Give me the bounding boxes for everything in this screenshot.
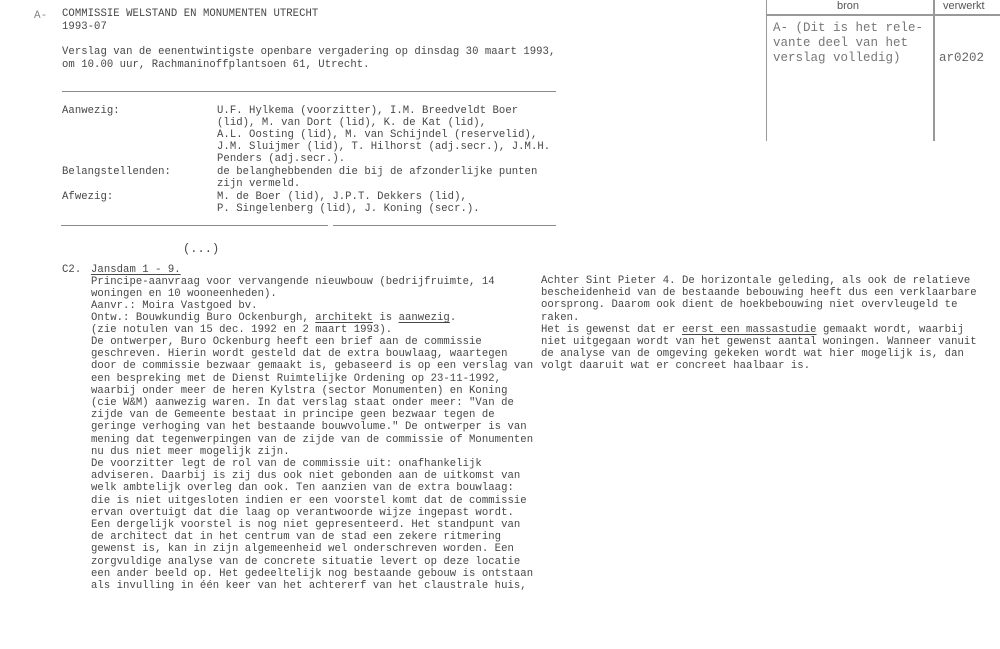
body-line: bescheidenheid van de bestaande bebouwin… (541, 287, 977, 299)
item-reference-notes: (zie notulen van 15 dec. 1992 en 2 maart… (91, 324, 392, 336)
column-header-bron: bron (837, 0, 859, 12)
left-body-column: De ontwerper, Buro Ockenburg heeft een b… (91, 336, 533, 592)
body-line: De ontwerper, Buro Ockenburg heeft een b… (91, 336, 533, 348)
p2-prefix: Het is gewenst dat er (541, 324, 682, 336)
intro-line-2: om 10.00 uur, Rachmaninoffplantsoen 61, … (62, 59, 370, 71)
item-title: Jansdam 1 - 9. (91, 264, 181, 276)
absent-label: Afwezig: (62, 191, 113, 203)
divider-top (62, 91, 556, 92)
divider-bottom-right (333, 225, 556, 226)
stakeholders-line: de belanghebbenden die bij de afzonderli… (217, 166, 537, 178)
designer-mid: is (373, 312, 399, 324)
body-line: die is niet uitgesloten indien er een vo… (91, 495, 533, 507)
stakeholders-label: Belangstellenden: (62, 166, 171, 178)
intro-line-1: Verslag van de eenentwintigste openbare … (62, 46, 555, 58)
divider-bottom-left (61, 225, 328, 226)
body-line-with-emphasis: Het is gewenst dat er eerst een massastu… (541, 324, 977, 336)
body-line: oorsprong. Daarom ook dient de hoekbebou… (541, 299, 977, 311)
body-line: geschreven. Hierin wordt gesteld dat de … (91, 348, 533, 360)
body-line: waarbij onder meer de heren Kylstra (sec… (91, 385, 533, 397)
body-line: een ander beeld op. Het gedeeltelijk nog… (91, 568, 533, 580)
item-number: C2. (62, 264, 81, 276)
item-designer: Ontw.: Bouwkundig Buro Ockenburgh, archi… (91, 312, 456, 324)
body-line: raken. (541, 312, 977, 324)
body-line: zijde van de Gemeente bestaat in princip… (91, 409, 533, 421)
present-line: U.F. Hylkema (voorzitter), I.M. Breedvel… (217, 105, 518, 117)
designer-underlined-present: aanwezig (399, 312, 450, 324)
table-header-divider (767, 14, 1000, 16)
item-subtitle: woningen en 10 wooneenheden). (91, 288, 277, 300)
table-column-divider (933, 0, 935, 141)
body-line: mening dat tegenwerpingen van de zijde v… (91, 434, 533, 446)
p2-suffix: gemaakt wordt, waarbij (817, 324, 964, 336)
body-line: (cie W&M) aanwezig waren. In dat verslag… (91, 397, 533, 409)
stakeholders-line: zijn vermeld. (217, 178, 300, 190)
body-line: zorgvuldige analyse van de concrete situ… (91, 556, 533, 568)
present-line: J.M. Sluijmer (lid), T. Hilhorst (adj.se… (217, 141, 550, 153)
body-line: ervan overtuigt dat die laag op verantwo… (91, 507, 533, 519)
item-applicant: Aanvr.: Moira Vastgoed bv. (91, 300, 258, 312)
body-line: de analyse van de omgeving gekeken wordt… (541, 348, 977, 360)
omission-ellipsis: (...) (183, 243, 219, 255)
organisation-title: COMMISSIE WELSTAND EN MONUMENTEN UTRECHT (62, 8, 318, 20)
column-header-verwerkt: verwerkt (943, 0, 985, 12)
p2-underlined-mass-study: eerst een massastudie (682, 324, 817, 336)
body-line: nu dus niet meer mogelijk zijn. (91, 446, 533, 458)
body-line: als invulling in één keer van het achter… (91, 580, 533, 592)
body-line: welk ambtelijk overleg dan ook. Ten aanz… (91, 482, 533, 494)
verwerkt-value: ar0202 (939, 51, 984, 65)
body-line: adviseren. Daarbij is zij dus ook niet g… (91, 470, 533, 482)
body-line: door de commissie bezwaar gemaakt is, ge… (91, 360, 533, 372)
body-line: geringe verhoging van het bestaande bouw… (91, 421, 533, 433)
report-reference: 1993-07 (62, 21, 107, 33)
body-line: Achter Sint Pieter 4. De horizontale gel… (541, 275, 977, 287)
present-line: (lid), M. van Dort (lid), K. de Kat (lid… (217, 117, 486, 129)
item-subtitle: Principe-aanvraag voor vervangende nieuw… (91, 276, 495, 288)
absent-line: P. Singelenberg (lid), J. Koning (secr.)… (217, 203, 480, 215)
source-table: bron verwerkt A- (Dit is het rele- vante… (766, 0, 1000, 141)
absent-line: M. de Boer (lid), J.P.T. Dekkers (lid), (217, 191, 467, 203)
body-line: de architect dat in het centrum van de s… (91, 531, 533, 543)
body-line: gewenst is, kan in zijn algemeenheid wel… (91, 543, 533, 555)
body-line: Een dergelijk voorstel is nog niet gepre… (91, 519, 533, 531)
body-line: niet uitgegaan wordt van het gewenst aan… (541, 336, 977, 348)
designer-underlined-architect: architekt (315, 312, 373, 324)
document-marker: A- (34, 10, 47, 22)
body-line: De voorzitter legt de rol van de commiss… (91, 458, 533, 470)
bron-value: A- (Dit is het rele- vante deel van het … (773, 21, 923, 66)
body-line: volgt daaruit wat er concreet haalbaar i… (541, 360, 977, 372)
designer-prefix: Ontw.: Bouwkundig Buro Ockenburgh, (91, 312, 315, 324)
body-line: een bespreking met de Dienst Ruimtelijke… (91, 373, 533, 385)
present-line: A.L. Oosting (lid), M. van Schijndel (re… (217, 129, 537, 141)
present-line: Penders (adj.secr.). (217, 153, 345, 165)
designer-suffix: . (450, 312, 456, 324)
right-body-column: Achter Sint Pieter 4. De horizontale gel… (541, 275, 977, 373)
present-label: Aanwezig: (62, 105, 120, 117)
